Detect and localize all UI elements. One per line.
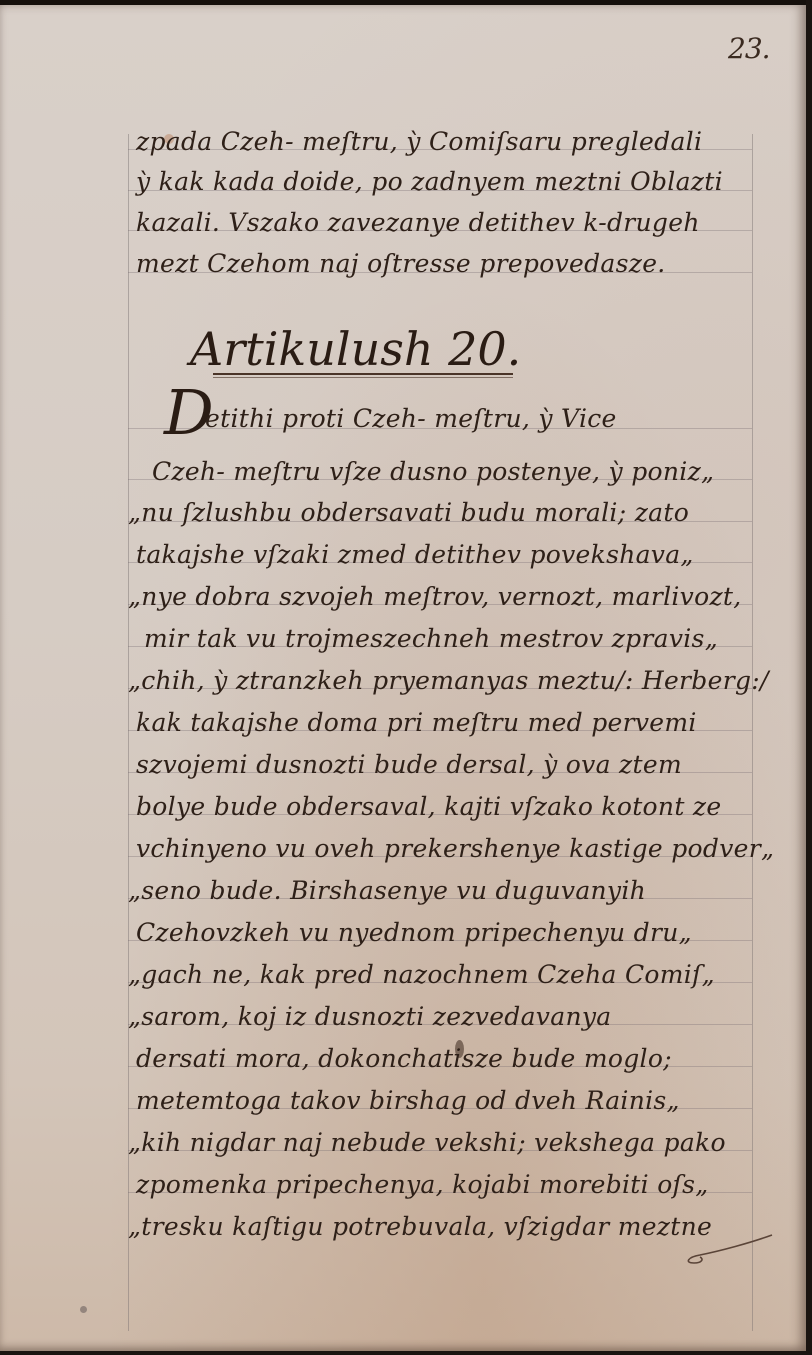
right-margin-rule	[752, 134, 753, 1331]
text-line: vchinyeno vu oveh prekershenye kastige p…	[136, 834, 774, 863]
heading-underline	[213, 373, 513, 375]
text-line: „tresku kaſtigu potrebuvala, vſzigdar me…	[128, 1212, 712, 1241]
text-line: „gach ne, kak pred nazochnem Czeha Comiſ…	[128, 960, 715, 989]
article-heading: Artikulush 20.	[190, 322, 521, 376]
text-line: zpomenka pripechenya, kojabi morebiti oſ…	[136, 1170, 708, 1199]
text-line: szvojemi dusnozti bude dersal, ỳ ova zte…	[136, 750, 682, 779]
text-line: „kih nigdar naj nebude vekshi; vekshega …	[128, 1128, 726, 1157]
heading-underline	[213, 377, 513, 378]
text-line: mir tak vu trojmeszechneh mestrov zpravi…	[144, 624, 718, 653]
manuscript-page: 23. zpada Czeh- meſtru, ỳ Comiſsaru preg…	[0, 4, 806, 1351]
text-line: „sarom, koj iz dusnozti zezvedavanya	[128, 1002, 611, 1031]
text-line: dersati mora, dokonchatisze bude moglo;	[136, 1044, 672, 1073]
text-line: „nu ſzlushbu obdersavati budu morali; za…	[128, 498, 689, 527]
text-line: etithi proti Czeh- meſtru, ỳ Vice	[205, 404, 617, 433]
text-line: metemtoga takov birshag od dveh Rainis„	[136, 1086, 680, 1115]
page-right-edge	[806, 0, 812, 1355]
text-line: takajshe vſzaki zmed detithev povekshava…	[136, 540, 694, 569]
paper-spot	[80, 1306, 87, 1313]
text-line: „chih, ỳ ztranzkeh pryemanyas meztu/: He…	[128, 666, 769, 695]
text-line: „seno bude. Birshasenye vu duguvanyih	[128, 876, 646, 905]
text-line: mezt Czehom naj oſtresse prepovedasze.	[136, 249, 666, 278]
text-line: bolye bude obdersaval, kajti vſzako koto…	[136, 792, 721, 821]
text-line: zpada Czeh- meſtru, ỳ Comiſsaru pregleda…	[136, 127, 702, 156]
catchword-flourish-icon	[680, 1229, 780, 1269]
text-line: kazali. Vszako zavezanye detithev k-drug…	[136, 208, 700, 237]
text-line: Czehovzkeh vu nyednom pripechenyu dru„	[136, 918, 692, 947]
text-line: Czeh- meſtru vſze dusno postenye, ỳ poni…	[152, 457, 714, 486]
text-line: ỳ kak kada doide, po zadnyem meztni Obla…	[136, 167, 723, 196]
text-line: „nye dobra szvojeh meſtrov, vernozt, mar…	[128, 582, 742, 611]
text-line: kak takajshe doma pri meſtru med pervemi	[136, 708, 697, 737]
page-top-edge	[0, 0, 812, 5]
page-number: 23.	[728, 32, 770, 65]
